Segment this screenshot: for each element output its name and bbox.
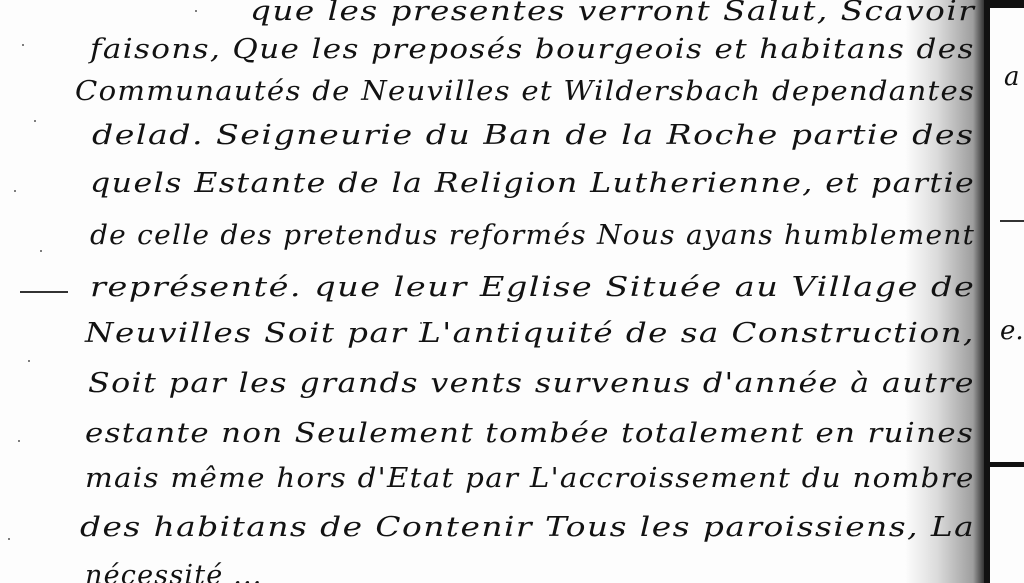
- manuscript-line: que les presentes verront Salut, Scavoir: [250, 0, 975, 27]
- manuscript-line: nécessité ...: [85, 560, 263, 583]
- manuscript-line: des habitans de Contenir Tous les parois…: [80, 512, 975, 543]
- manuscript-line: faisons, Que les preposés bourgeois et h…: [90, 34, 975, 65]
- scan-speck: [28, 360, 30, 362]
- scan-speck: [22, 44, 24, 46]
- frame-border-top: [990, 0, 1024, 8]
- manuscript-line: Neuvilles Soit par L'antiquité de sa Con…: [85, 318, 975, 349]
- scan-speck: [195, 10, 197, 12]
- scan-speck: [40, 250, 42, 252]
- scan-speck: [752, 430, 754, 432]
- manuscript-line: estante non Seulement tombée totalement …: [85, 418, 974, 449]
- manuscript-line: mais même hors d'Etat par L'accroissemen…: [85, 463, 975, 494]
- scan-speck: [420, 322, 422, 324]
- scan-speck: [34, 120, 36, 122]
- scan-speck: [8, 538, 10, 540]
- scan-speck: [18, 440, 20, 442]
- left-margin-mark: [20, 291, 68, 293]
- manuscript-line: delad. Seigneurie du Ban de la Roche par…: [92, 120, 975, 151]
- frame-tick-mark: [1000, 220, 1024, 222]
- margin-note: a: [1004, 62, 1020, 92]
- manuscript-line: de celle des pretendus reformés Nous aya…: [90, 220, 975, 251]
- manuscript-line: Soit par les grands vents survenus d'ann…: [88, 368, 975, 399]
- manuscript-line: représenté. que leur Eglise Située au Vi…: [90, 272, 975, 303]
- manuscript-line: quels Estante de la Religion Lutherienne…: [90, 168, 975, 199]
- scan-speck: [14, 190, 16, 192]
- manuscript-page: que les presentes verront Salut, Scavoir…: [0, 0, 1024, 583]
- frame-border-mid: [990, 462, 1024, 467]
- manuscript-line: Communautés de Neuvilles et Wildersbach …: [75, 76, 975, 107]
- margin-note: e.: [1000, 316, 1024, 346]
- page-binding-edge: [984, 0, 990, 583]
